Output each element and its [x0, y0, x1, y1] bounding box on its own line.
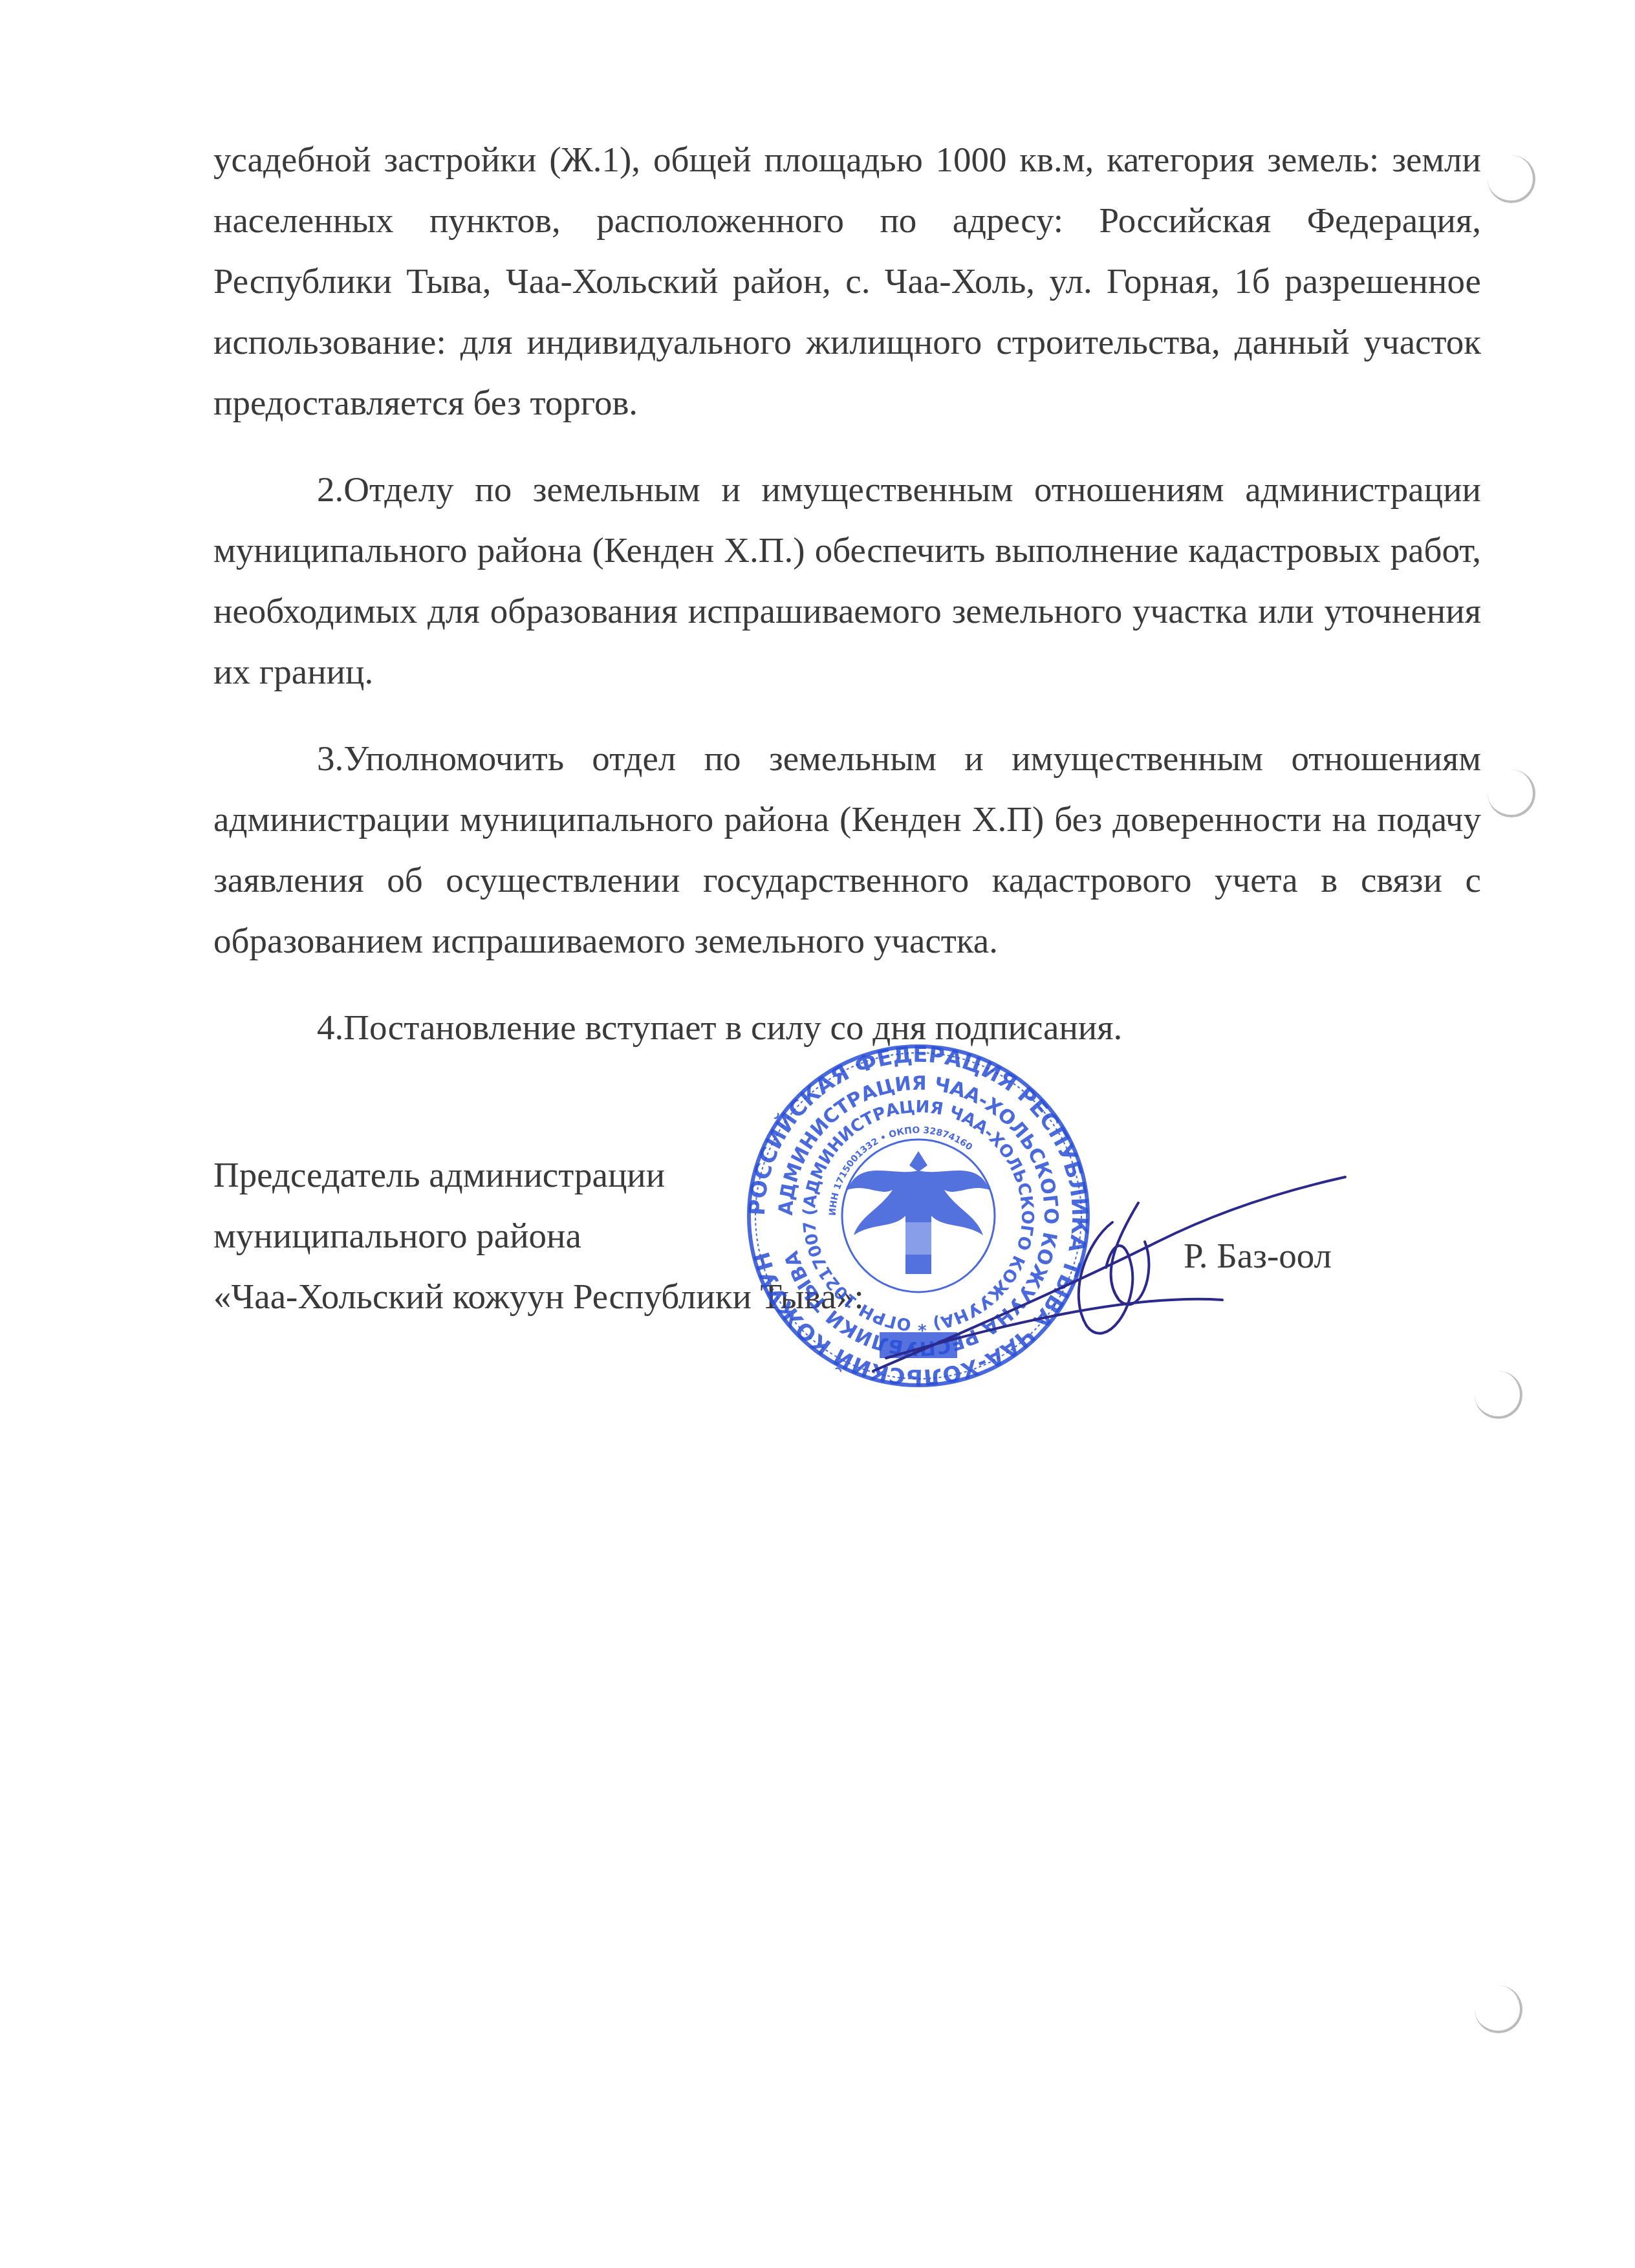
- paragraph-1: усадебной застройки (Ж.1), общей площадь…: [213, 129, 1481, 433]
- punch-hole-mark: [1475, 1371, 1522, 1419]
- punch-hole-mark: [1488, 155, 1535, 203]
- document-body: усадебной застройки (Ж.1), общей площадь…: [213, 129, 1481, 1058]
- punch-hole-mark: [1475, 1985, 1522, 2033]
- paragraph-2: 2.Отделу по земельным и имущественным от…: [213, 459, 1481, 702]
- handwritten-signature-icon: [834, 1164, 1352, 1384]
- punch-hole-mark: [1488, 770, 1535, 817]
- paragraph-3: 3.Уполномочить отдел по земельным и имущ…: [213, 728, 1481, 971]
- document-page: усадебной застройки (Ж.1), общей площадь…: [0, 0, 1635, 2268]
